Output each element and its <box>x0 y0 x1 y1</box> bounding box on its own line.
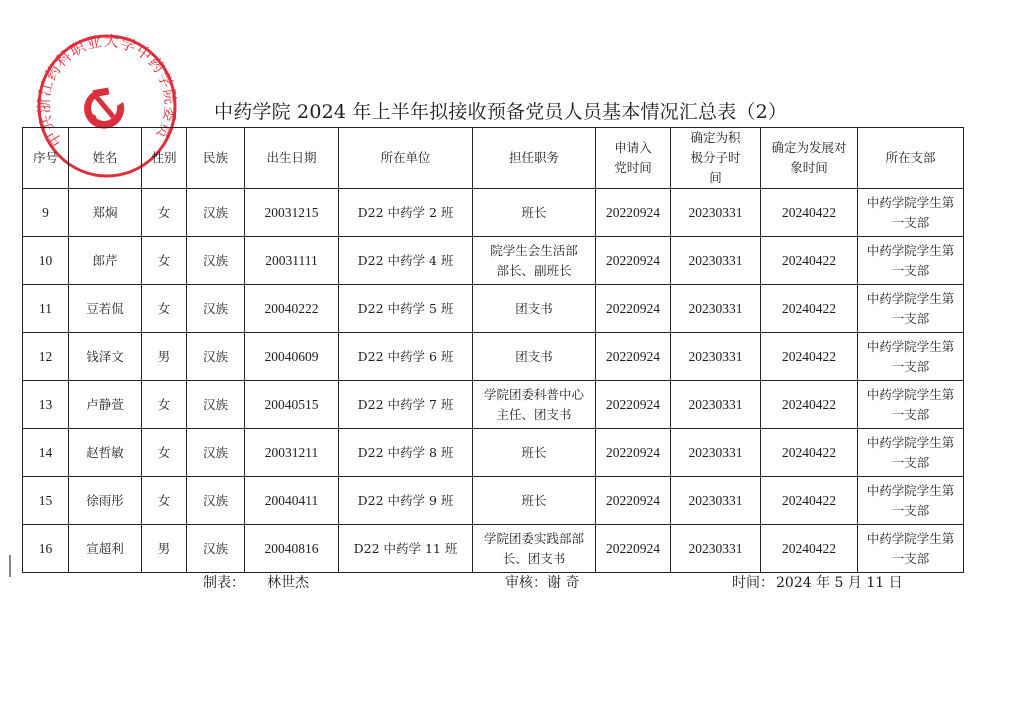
cell-no: 16 <box>23 525 69 573</box>
cell-activist-date: 20230331 <box>671 237 761 285</box>
cell-no: 14 <box>23 429 69 477</box>
column-header-position: 担任职务 <box>473 128 596 189</box>
cell-candidate-date: 20240422 <box>761 189 858 237</box>
document-date: 时间：2024 年 5 月 11 日 <box>732 572 903 592</box>
roster-table: 序号 姓名 性别 民族 出生日期 所在单位 担任职务 申请入党时间 确定为积极分… <box>22 127 964 573</box>
cell-name: 钱泽文 <box>69 333 142 381</box>
cell-ethnicity: 汉族 <box>187 477 245 525</box>
cell-ethnicity: 汉族 <box>187 237 245 285</box>
column-header-no: 序号 <box>23 128 69 189</box>
cell-candidate-date: 20240422 <box>761 285 858 333</box>
cell-unit: D22 中药学 6 班 <box>339 333 473 381</box>
cell-unit: D22 中药学 4 班 <box>339 237 473 285</box>
prepared-by-label: 制表： <box>203 575 245 591</box>
cell-branch: 中药学院学生第一支部 <box>858 381 964 429</box>
cell-ethnicity: 汉族 <box>187 333 245 381</box>
cell-branch: 中药学院学生第一支部 <box>858 285 964 333</box>
prepared-by: 制表：林世杰 <box>203 572 309 592</box>
cell-gender: 男 <box>142 333 187 381</box>
cell-name: 卢静萱 <box>69 381 142 429</box>
cell-apply-date: 20220924 <box>596 477 671 525</box>
column-header-apply-date: 申请入党时间 <box>596 128 671 189</box>
cell-unit: D22 中药学 9 班 <box>339 477 473 525</box>
cell-candidate-date: 20240422 <box>761 333 858 381</box>
reviewed-by: 审核：谢 奇 <box>505 572 579 592</box>
cell-activist-date: 20230331 <box>671 477 761 525</box>
cell-birth: 20040515 <box>245 381 339 429</box>
cell-position: 院学生会生活部部长、副班长 <box>473 237 596 285</box>
cell-apply-date: 20220924 <box>596 237 671 285</box>
hammer-and-sickle-icon <box>84 88 124 129</box>
cell-name: 郎芹 <box>69 237 142 285</box>
cell-name: 郑焖 <box>69 189 142 237</box>
column-header-name: 姓名 <box>69 128 142 189</box>
column-header-birth: 出生日期 <box>245 128 339 189</box>
cell-ethnicity: 汉族 <box>187 189 245 237</box>
cell-branch: 中药学院学生第一支部 <box>858 477 964 525</box>
page-title: 中药学院 2024 年上半年拟接收预备党员人员基本情况汇总表（2） <box>214 97 787 124</box>
cell-apply-date: 20220924 <box>596 333 671 381</box>
cell-position: 学院团委实践部部长、团支书 <box>473 525 596 573</box>
cell-birth: 20040609 <box>245 333 339 381</box>
cell-branch: 中药学院学生第一支部 <box>858 333 964 381</box>
cell-branch: 中药学院学生第一支部 <box>858 189 964 237</box>
cell-ethnicity: 汉族 <box>187 381 245 429</box>
cell-activist-date: 20230331 <box>671 429 761 477</box>
cell-unit: D22 中药学 11 班 <box>339 525 473 573</box>
cell-apply-date: 20220924 <box>596 285 671 333</box>
table-row: 10 郎芹 女 汉族 20031111 D22 中药学 4 班 院学生会生活部部… <box>23 237 964 285</box>
date-label: 时间： <box>732 575 774 591</box>
cell-ethnicity: 汉族 <box>187 429 245 477</box>
prepared-by-name: 林世杰 <box>267 575 309 591</box>
cell-ethnicity: 汉族 <box>187 525 245 573</box>
reviewed-by-name: 谢 奇 <box>547 575 579 591</box>
cell-branch: 中药学院学生第一支部 <box>858 525 964 573</box>
cell-gender: 男 <box>142 525 187 573</box>
cell-unit: D22 中药学 2 班 <box>339 189 473 237</box>
cell-gender: 女 <box>142 285 187 333</box>
cell-name: 豆若侃 <box>69 285 142 333</box>
column-header-branch: 所在支部 <box>858 128 964 189</box>
cell-position: 班长 <box>473 429 596 477</box>
cell-activist-date: 20230331 <box>671 525 761 573</box>
cell-name: 赵哲敏 <box>69 429 142 477</box>
scan-edge-mark <box>9 555 11 577</box>
table-row: 14 赵哲敏 女 汉族 20031211 D22 中药学 8 班 班长 2022… <box>23 429 964 477</box>
cell-gender: 女 <box>142 381 187 429</box>
cell-ethnicity: 汉族 <box>187 285 245 333</box>
cell-birth: 20031111 <box>245 237 339 285</box>
cell-apply-date: 20220924 <box>596 429 671 477</box>
cell-no: 15 <box>23 477 69 525</box>
cell-birth: 20040222 <box>245 285 339 333</box>
cell-gender: 女 <box>142 237 187 285</box>
cell-position: 班长 <box>473 189 596 237</box>
cell-no: 9 <box>23 189 69 237</box>
cell-no: 12 <box>23 333 69 381</box>
cell-candidate-date: 20240422 <box>761 237 858 285</box>
cell-unit: D22 中药学 5 班 <box>339 285 473 333</box>
cell-branch: 中药学院学生第一支部 <box>858 237 964 285</box>
cell-gender: 女 <box>142 189 187 237</box>
cell-no: 13 <box>23 381 69 429</box>
table-row: 11 豆若侃 女 汉族 20040222 D22 中药学 5 班 团支书 202… <box>23 285 964 333</box>
cell-position: 班长 <box>473 477 596 525</box>
cell-activist-date: 20230331 <box>671 189 761 237</box>
roster-table-container: 序号 姓名 性别 民族 出生日期 所在单位 担任职务 申请入党时间 确定为积极分… <box>22 127 963 573</box>
table-row: 13 卢静萱 女 汉族 20040515 D22 中药学 7 班 学院团委科普中… <box>23 381 964 429</box>
table-header-row: 序号 姓名 性别 民族 出生日期 所在单位 担任职务 申请入党时间 确定为积极分… <box>23 128 964 189</box>
cell-gender: 女 <box>142 477 187 525</box>
cell-no: 11 <box>23 285 69 333</box>
signature-line: 制表：林世杰 审核：谢 奇 时间：2024 年 5 月 11 日 <box>0 572 1024 596</box>
cell-apply-date: 20220924 <box>596 525 671 573</box>
cell-no: 10 <box>23 237 69 285</box>
column-header-gender: 性别 <box>142 128 187 189</box>
column-header-candidate-date: 确定为发展对象时间 <box>761 128 858 189</box>
cell-candidate-date: 20240422 <box>761 477 858 525</box>
cell-birth: 20040411 <box>245 477 339 525</box>
table-row: 9 郑焖 女 汉族 20031215 D22 中药学 2 班 班长 202209… <box>23 189 964 237</box>
date-value: 2024 年 5 月 11 日 <box>776 575 903 591</box>
cell-birth: 20031215 <box>245 189 339 237</box>
cell-activist-date: 20230331 <box>671 285 761 333</box>
table-row: 15 徐雨彤 女 汉族 20040411 D22 中药学 9 班 班长 2022… <box>23 477 964 525</box>
cell-apply-date: 20220924 <box>596 381 671 429</box>
column-header-unit: 所在单位 <box>339 128 473 189</box>
cell-branch: 中药学院学生第一支部 <box>858 429 964 477</box>
cell-unit: D22 中药学 8 班 <box>339 429 473 477</box>
reviewed-by-label: 审核： <box>505 575 547 591</box>
cell-birth: 20031211 <box>245 429 339 477</box>
cell-name: 徐雨彤 <box>69 477 142 525</box>
cell-position: 学院团委科普中心主任、团支书 <box>473 381 596 429</box>
cell-apply-date: 20220924 <box>596 189 671 237</box>
column-header-ethnicity: 民族 <box>187 128 245 189</box>
cell-birth: 20040816 <box>245 525 339 573</box>
cell-candidate-date: 20240422 <box>761 429 858 477</box>
cell-activist-date: 20230331 <box>671 333 761 381</box>
column-header-activist-date: 确定为积极分子时间 <box>671 128 761 189</box>
cell-name: 宣超利 <box>69 525 142 573</box>
cell-activist-date: 20230331 <box>671 381 761 429</box>
table-row: 12 钱泽文 男 汉族 20040609 D22 中药学 6 班 团支书 202… <box>23 333 964 381</box>
cell-gender: 女 <box>142 429 187 477</box>
cell-unit: D22 中药学 7 班 <box>339 381 473 429</box>
table-row: 16 宣超利 男 汉族 20040816 D22 中药学 11 班 学院团委实践… <box>23 525 964 573</box>
cell-position: 团支书 <box>473 285 596 333</box>
cell-candidate-date: 20240422 <box>761 381 858 429</box>
cell-position: 团支书 <box>473 333 596 381</box>
cell-candidate-date: 20240422 <box>761 525 858 573</box>
